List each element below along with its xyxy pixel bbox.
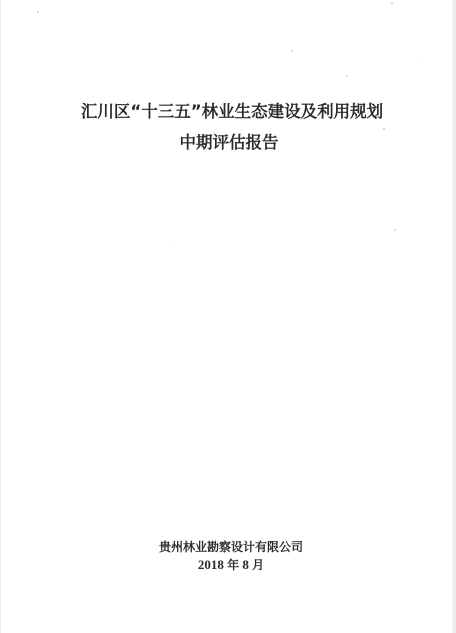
scan-speck: [394, 229, 396, 231]
report-date: 2018 年 8 月: [1, 556, 456, 573]
date-year-unit: 年: [227, 558, 239, 572]
organization-name: 贵州林业勘察设计有限公司: [1, 538, 456, 555]
scan-speck: [291, 50, 293, 52]
scan-speck: [37, 11, 39, 13]
date-month: 8: [242, 557, 249, 572]
date-month-unit: 月: [252, 558, 264, 572]
scan-speck: [421, 61, 422, 62]
date-year: 2018: [198, 557, 224, 572]
report-title-line1: 汇川区“十三五”林业生态建设及利用规划: [1, 98, 456, 122]
scan-speck: [171, 240, 172, 241]
scan-speck: [346, 75, 348, 77]
scan-speck: [391, 2, 393, 4]
report-title-line2: 中期评估报告: [1, 129, 456, 153]
document-page: 汇川区“十三五”林业生态建设及利用规划 中期评估报告 贵州林业勘察设计有限公司 …: [0, 0, 456, 633]
